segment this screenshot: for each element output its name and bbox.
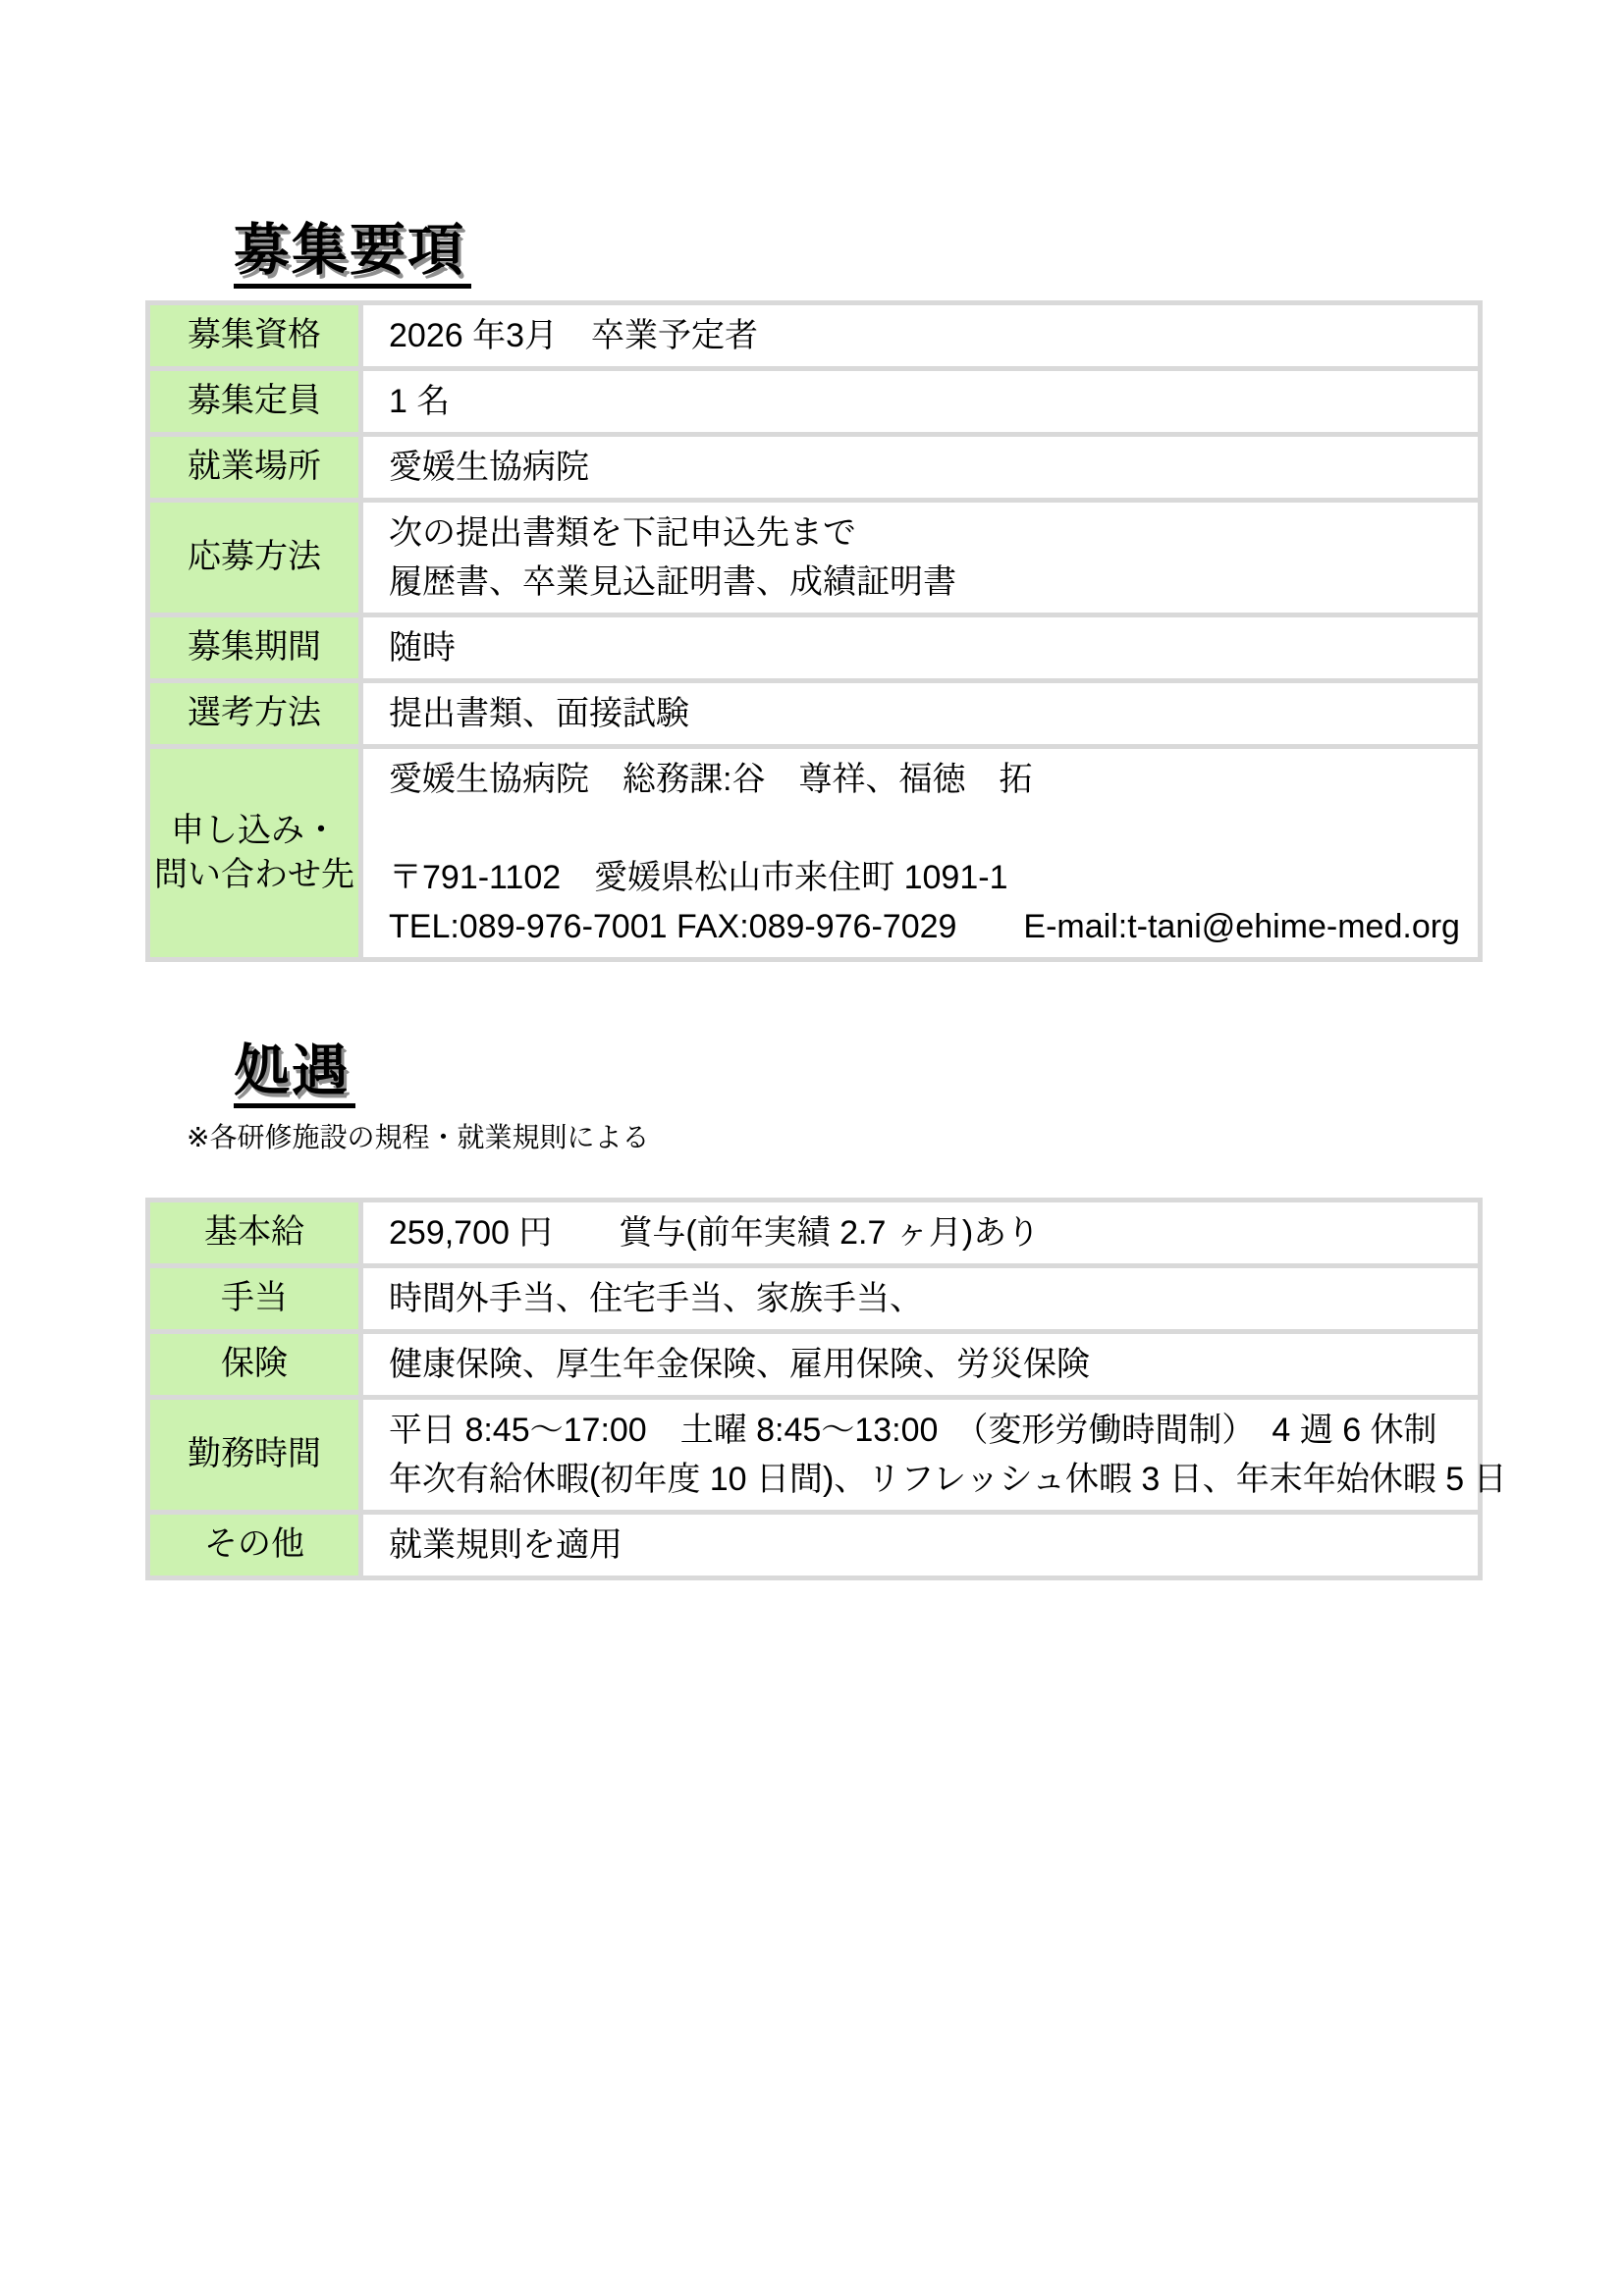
row-label: 応募方法 — [148, 500, 361, 614]
row-label: 保険 — [148, 1331, 361, 1397]
row-label: 申し込み・ 問い合わせ先 — [148, 746, 361, 959]
table-row-qualification: 募集資格 2026 年3月 卒業予定者 — [148, 302, 1481, 368]
row-label: その他 — [148, 1512, 361, 1577]
table-row-selection: 選考方法 提出書類、面接試験 — [148, 680, 1481, 746]
table-row-working-hours: 勤務時間 平日 8:45～17:00 土曜 8:45～13:00 （変形労働時間… — [148, 1397, 1481, 1512]
row-value-line: 健康保険、厚生年金保険、雇用保険、労災保険 — [389, 1340, 1464, 1389]
row-label-text: 募集定員 — [150, 379, 358, 423]
row-label-text: 保険 — [150, 1342, 358, 1386]
row-value: 時間外手当、住宅手当、家族手当、 — [361, 1265, 1481, 1331]
section-title-treatment: 処遇 — [234, 1041, 1624, 1109]
row-label-text: 問い合わせ先 — [150, 853, 358, 897]
section-gap — [0, 962, 1624, 1041]
row-label-text: 募集期間 — [150, 625, 358, 669]
row-label-text: 申し込み・ — [150, 809, 358, 853]
document-page: 募集要項 募集資格 2026 年3月 卒業予定者 募集定員 1 名 — [0, 0, 1624, 2296]
row-value-line: 履歴書、卒業見込証明書、成績証明書 — [389, 558, 1464, 607]
table-row-allowances: 手当 時間外手当、住宅手当、家族手当、 — [148, 1265, 1481, 1331]
row-value-line: 就業規則を適用 — [389, 1521, 1464, 1570]
recruitment-table: 募集資格 2026 年3月 卒業予定者 募集定員 1 名 就業場所 — [145, 300, 1483, 962]
row-value: 愛媛生協病院 総務課:谷 尊祥、福徳 拓 〒791-1102 愛媛県松山市来住町… — [361, 746, 1481, 959]
row-value: 提出書類、面接試験 — [361, 680, 1481, 746]
row-value-line: 愛媛生協病院 — [389, 443, 1464, 492]
table-row-other: その他 就業規則を適用 — [148, 1512, 1481, 1577]
row-value-line: 随時 — [389, 623, 1464, 672]
row-value: 2026 年3月 卒業予定者 — [361, 302, 1481, 368]
row-label-text: 選考方法 — [150, 691, 358, 735]
row-value-line: 次の提出書類を下記申込先まで — [389, 508, 1464, 558]
row-value-line: 259,700 円 賞与(前年実績 2.7 ヶ月)あり — [389, 1208, 1464, 1257]
row-value: 健康保険、厚生年金保険、雇用保険、労災保険 — [361, 1331, 1481, 1397]
row-label: 就業場所 — [148, 434, 361, 500]
table-row-contact: 申し込み・ 問い合わせ先 愛媛生協病院 総務課:谷 尊祥、福徳 拓 〒791-1… — [148, 746, 1481, 959]
row-value: 平日 8:45～17:00 土曜 8:45～13:00 （変形労働時間制） 4 … — [361, 1397, 1481, 1512]
row-label: 募集期間 — [148, 614, 361, 680]
treatment-note: ※各研修施設の規程・就業規則による — [187, 1120, 1624, 1155]
blank-line — [389, 804, 1464, 853]
row-label: 募集資格 — [148, 302, 361, 368]
contact-address-line: 〒791-1102 愛媛県松山市来住町 1091-1 — [389, 853, 1464, 902]
row-label: 手当 — [148, 1265, 361, 1331]
row-value-line: 年次有給休暇(初年度 10 日間)、リフレッシュ休暇 3 日、年末年始休暇 5 … — [389, 1455, 1464, 1504]
table-row-application-method: 応募方法 次の提出書類を下記申込先まで 履歴書、卒業見込証明書、成績証明書 — [148, 500, 1481, 614]
row-label-text: その他 — [150, 1522, 358, 1567]
row-value: 随時 — [361, 614, 1481, 680]
row-label-text: 応募方法 — [150, 535, 358, 579]
row-label-text: 募集資格 — [150, 313, 358, 357]
row-label-text: 手当 — [150, 1276, 358, 1320]
contact-staff-line: 愛媛生協病院 総務課:谷 尊祥、福徳 拓 — [389, 755, 1464, 804]
row-value-line: 1 名 — [389, 377, 1464, 426]
row-label-text: 勤務時間 — [150, 1432, 358, 1476]
row-label: 勤務時間 — [148, 1397, 361, 1512]
table-row-insurance: 保険 健康保険、厚生年金保険、雇用保険、労災保険 — [148, 1331, 1481, 1397]
top-margin — [0, 0, 1624, 220]
row-value: 次の提出書類を下記申込先まで 履歴書、卒業見込証明書、成績証明書 — [361, 500, 1481, 614]
row-label: 募集定員 — [148, 368, 361, 434]
row-label-text: 就業場所 — [150, 445, 358, 489]
table-row-period: 募集期間 随時 — [148, 614, 1481, 680]
section-title-recruitment-text: 募集要項 — [234, 220, 471, 289]
row-label: 基本給 — [148, 1200, 361, 1265]
row-value: 259,700 円 賞与(前年実績 2.7 ヶ月)あり — [361, 1200, 1481, 1265]
row-value-line: 時間外手当、住宅手当、家族手当、 — [389, 1274, 1464, 1323]
section-gap — [0, 1156, 1624, 1186]
table-row-capacity: 募集定員 1 名 — [148, 368, 1481, 434]
row-value-line: 提出書類、面接試験 — [389, 689, 1464, 738]
row-label-text: 基本給 — [150, 1210, 358, 1255]
row-label: 選考方法 — [148, 680, 361, 746]
row-value-line: 平日 8:45～17:00 土曜 8:45～13:00 （変形労働時間制） 4 … — [389, 1406, 1464, 1455]
contact-tel-fax-email-line: TEL:089-976-7001 FAX:089-976-7029 E-mail… — [389, 902, 1464, 951]
row-value: 1 名 — [361, 368, 1481, 434]
row-value: 就業規則を適用 — [361, 1512, 1481, 1577]
row-value: 愛媛生協病院 — [361, 434, 1481, 500]
section-title-treatment-text: 処遇 — [234, 1041, 355, 1109]
table-row-base-salary: 基本給 259,700 円 賞与(前年実績 2.7 ヶ月)あり — [148, 1200, 1481, 1265]
table-row-workplace: 就業場所 愛媛生協病院 — [148, 434, 1481, 500]
section-title-recruitment: 募集要項 — [234, 220, 1624, 289]
row-value-line: 2026 年3月 卒業予定者 — [389, 311, 1464, 360]
treatment-table: 基本給 259,700 円 賞与(前年実績 2.7 ヶ月)あり 手当 時間外手当… — [145, 1198, 1483, 1580]
